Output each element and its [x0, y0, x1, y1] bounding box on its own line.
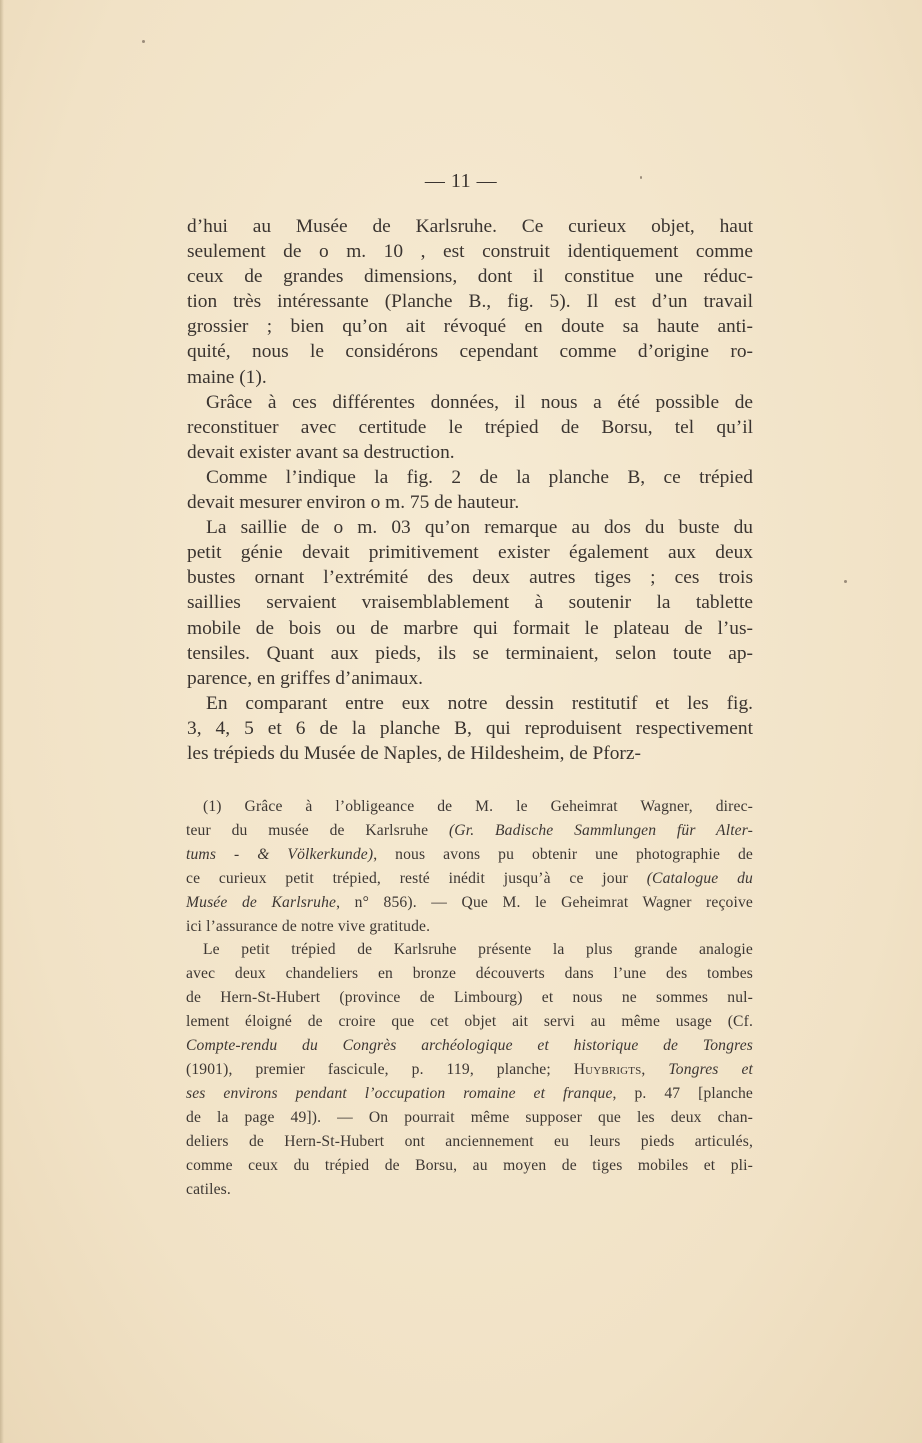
text-line: Grâce à ces différentes données, il nous… — [187, 390, 753, 415]
footnote-line: deliers de Hern-St-Hubert ont ancienneme… — [186, 1130, 753, 1154]
footnote-line: lement éloigné de croire que cet objet a… — [186, 1010, 753, 1034]
text-line: grossier ; bien qu’on ait révoqué en dou… — [187, 314, 753, 339]
footnote-line: teur du musée de Karlsruhe (Gr. Badische… — [186, 819, 753, 843]
footnote-line: tums - & Völkerkunde), nous avons pu obt… — [186, 843, 753, 867]
text-line: En comparant entre eux notre dessin rest… — [187, 691, 753, 716]
footnote-line: Le petit trépied de Karlsruhe présente l… — [186, 938, 753, 962]
text-line: parence, en griffes d’animaux. — [187, 666, 753, 691]
footnote-line: comme ceux du trépied de Borsu, au moyen… — [186, 1154, 753, 1178]
paper-speck — [142, 40, 145, 43]
paragraph: La saillie de o m. 03 qu’on remarque au … — [187, 515, 753, 691]
footnote-1: (1) Grâce à l’obligeance de M. le Geheim… — [186, 795, 753, 938]
author-name: Huybrigts — [574, 1061, 642, 1078]
text-line: saillies servaient vraisemblablement à s… — [187, 590, 753, 615]
footnote-line: ici l’assurance de notre vive gratitude. — [186, 915, 753, 939]
main-text: d’hui au Musée de Karlsruhe. Ce curieux … — [187, 214, 753, 766]
page-number: — 11 — — [0, 170, 922, 193]
text-line: devait mesurer environ o m. 75 de hauteu… — [187, 490, 753, 515]
text-line: quité, nous le considérons cependant com… — [187, 339, 753, 364]
text-line: Comme l’indique la fig. 2 de la planche … — [187, 465, 753, 490]
text-line: maine (1). — [187, 365, 753, 390]
text-line: devait exister avant sa destruction. — [187, 440, 753, 465]
text-line: seulement de o m. 10 , est construit ide… — [187, 239, 753, 264]
footnote-line: avec deux chandeliers en bronze découver… — [186, 962, 753, 986]
text-line: petit génie devait primitivement exister… — [187, 540, 753, 565]
footnote-line: de Hern-St-Hubert (province de Limbourg)… — [186, 986, 753, 1010]
footnote-line: (1901), premier fascicule, p. 119, planc… — [186, 1058, 753, 1082]
paragraph: En comparant entre eux notre dessin rest… — [187, 691, 753, 766]
text-line: mobile de bois ou de marbre qui formait … — [187, 616, 753, 641]
footnote-2: Le petit trépied de Karlsruhe présente l… — [186, 938, 753, 1201]
text-line: ceux de grandes dimensions, dont il cons… — [187, 264, 753, 289]
paragraph: d’hui au Musée de Karlsruhe. Ce curieux … — [187, 214, 753, 390]
footnote-line: Compte-rendu du Congrès archéologique et… — [186, 1034, 753, 1058]
footnote-line: ses environs pendant l’occupation romain… — [186, 1082, 753, 1106]
text-line: bustes ornant l’extrémité des deux autre… — [187, 565, 753, 590]
text-line: les trépieds du Musée de Naples, de Hild… — [187, 741, 753, 766]
footnote-line: Musée de Karlsruhe, n° 856). — Que M. le… — [186, 891, 753, 915]
text-line: 3, 4, 5 et 6 de la planche B, qui reprod… — [187, 716, 753, 741]
paragraph: Comme l’indique la fig. 2 de la planche … — [187, 465, 753, 515]
page-edge-shadow — [0, 0, 4, 1443]
footnote-line: catiles. — [186, 1178, 753, 1202]
footnote-line: (1) Grâce à l’obligeance de M. le Geheim… — [186, 795, 753, 819]
text-line: tensiles. Quant aux pieds, ils se termin… — [187, 641, 753, 666]
paper-speck — [844, 580, 847, 583]
text-line: La saillie de o m. 03 qu’on remarque au … — [187, 515, 753, 540]
footnote-line: de la page 49]). — On pourrait même supp… — [186, 1106, 753, 1130]
text-line: tion très intéressante (Planche B., fig.… — [187, 289, 753, 314]
text-line: d’hui au Musée de Karlsruhe. Ce curieux … — [187, 214, 753, 239]
footnote-line: ce curieux petit trépied, resté inédit j… — [186, 867, 753, 891]
text-line: reconstituer avec certitude le trépied d… — [187, 415, 753, 440]
paragraph: Grâce à ces différentes données, il nous… — [187, 390, 753, 465]
footnotes: (1) Grâce à l’obligeance de M. le Geheim… — [186, 795, 753, 1201]
